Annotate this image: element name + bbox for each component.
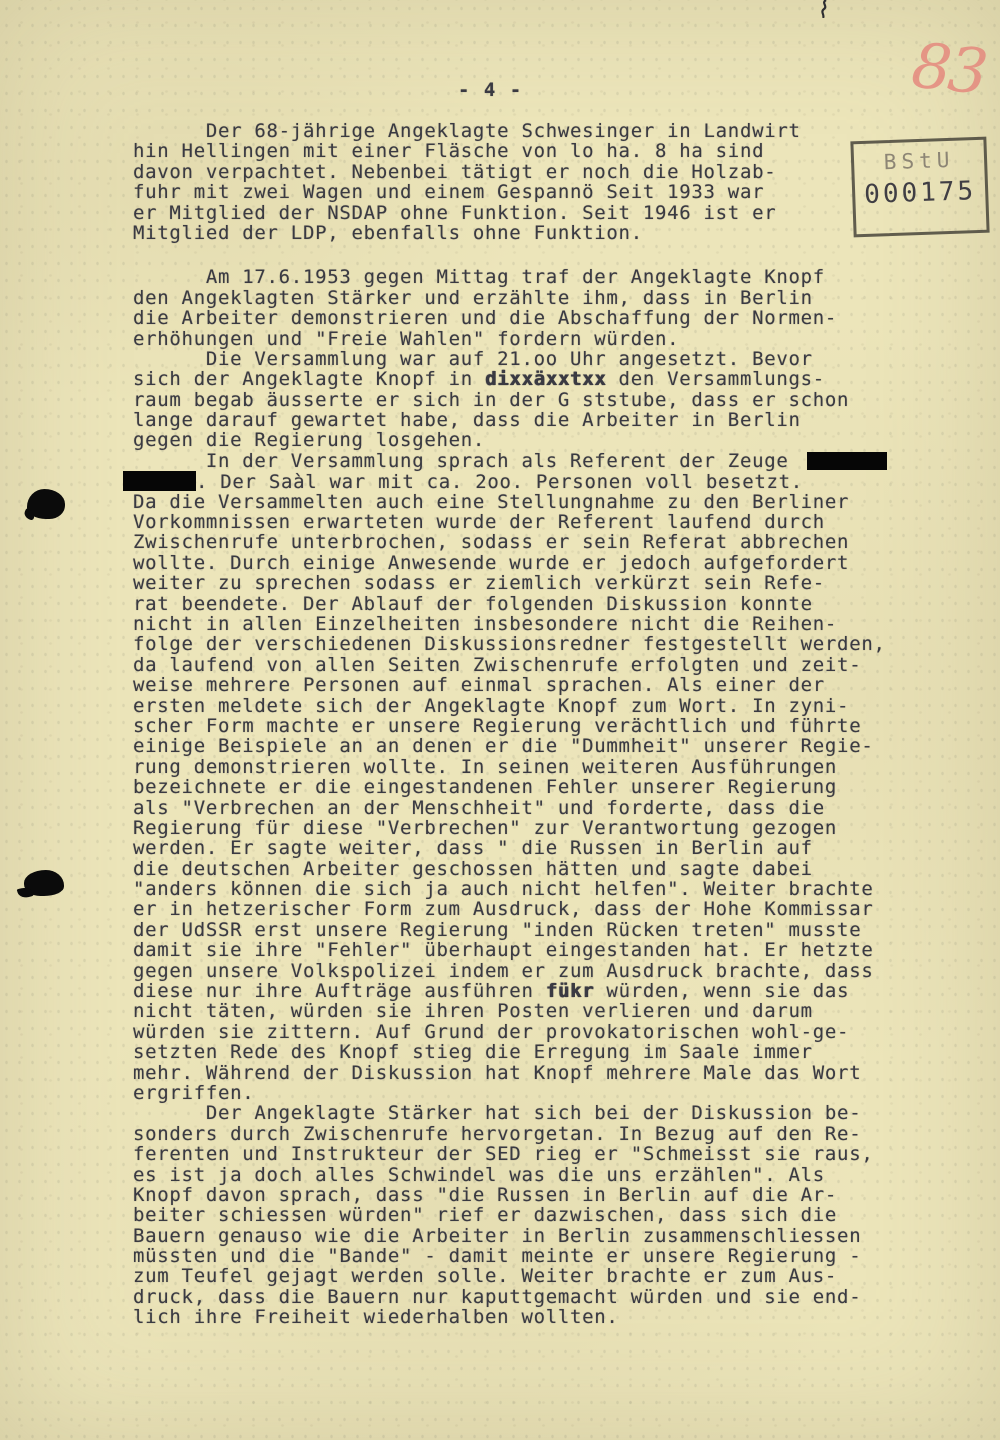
text-line: bezeichnete er die eingestandenen Fehler… [133, 777, 887, 797]
text-segment: In der Versammlung sprach als Referent d… [133, 450, 801, 472]
text-segment: Die Versammlung war auf 21.oo Uhr angese… [133, 348, 813, 370]
text-segment: würden, wenn sie das [594, 980, 849, 1002]
text-line: lich ihre Freiheit wiederhalben wollten. [133, 1307, 887, 1327]
text-segment: werden. Er sagte weiter, dass " die Russ… [133, 837, 813, 859]
text-segment: den Versammlungs- [606, 368, 825, 390]
text-line: setzten Rede des Knopf stieg die Erregun… [133, 1042, 887, 1062]
text-line: beiter schiessen würden" rief er dazwisc… [133, 1205, 887, 1225]
text-segment: da laufend von allen Seiten Zwischenrufe… [133, 654, 861, 676]
overstrike-text: fükr [546, 980, 595, 1002]
paragraph: Am 17.6.1953 gegen Mittag traf der Angek… [133, 267, 887, 349]
text-line: einige Beispiele an an denen er die "Dum… [133, 736, 887, 756]
text-line: Bauern genauso wie die Arbeiter in Berli… [133, 1226, 887, 1246]
text-line: weiter zu sprechen sodass er ziemlich ve… [133, 573, 887, 593]
text-segment: beiter schiessen würden" rief er dazwisc… [133, 1204, 837, 1226]
text-line: scher Form machte er unsere Regierung ve… [133, 716, 887, 736]
text-segment: mehr. Während der Diskussion hat Knopf m… [133, 1062, 861, 1084]
ink-blot-bottom [24, 870, 64, 896]
text-line: gegen unsere Volkspolizei indem er zum A… [133, 961, 887, 981]
text-line: ferenten und Instrukteur der SED rieg er… [133, 1144, 887, 1164]
text-segment: Am 17.6.1953 gegen Mittag traf der Angek… [133, 266, 825, 288]
text-segment: als "Verbrechen an der Menschheit" und f… [133, 797, 825, 819]
text-segment: rat beendete. Der Ablauf der folgenden D… [133, 593, 813, 615]
text-line: erhöhungen und "Freie Wahlen" fordern wü… [133, 329, 887, 349]
text-segment: bezeichnete er die eingestandenen Fehler… [133, 776, 837, 798]
text-segment: Knopf davon sprach, dass "die Russen in … [133, 1184, 837, 1206]
text-line: würden sie zittern. Auf Grund der provok… [133, 1022, 887, 1042]
text-segment: lange darauf gewartet habe, dass die Arb… [133, 409, 801, 431]
text-segment: erhöhungen und "Freie Wahlen" fordern wü… [133, 328, 679, 350]
text-line: fuhr mit zwei Wagen und einem Gespannö S… [133, 182, 887, 202]
overstrike-text: dixxäxxtxx [485, 368, 606, 390]
text-line: mehr. Während der Diskussion hat Knopf m… [133, 1063, 887, 1083]
text-line: müssten und die "Bande" - damit meinte e… [133, 1246, 887, 1266]
text-line: "anders können die sich ja auch nicht he… [133, 879, 887, 899]
text-segment: die Arbeiter demonstrieren und die Absch… [133, 307, 837, 329]
text-line: er in hetzerischer Form zum Ausdruck, da… [133, 899, 887, 919]
text-line: als "Verbrechen an der Menschheit" und f… [133, 798, 887, 818]
text-line: Der Angeklagte Stärker hat sich bei der … [133, 1103, 887, 1123]
paragraph: Der 68-jährige Angeklagte Schwesinger in… [133, 121, 887, 243]
text-line: lange darauf gewartet habe, dass die Arb… [133, 410, 887, 430]
text-segment: wollte. Durch einige Anwesende wurde er … [133, 552, 849, 574]
text-line: damit sie ihre "Fehler" überhaupt einges… [133, 940, 887, 960]
page-number: - 4 - [458, 79, 523, 101]
text-segment: ersten meldete sich der Angeklagte Knopf… [133, 695, 849, 717]
corner-mark [818, 0, 832, 18]
text-segment: sich der Angeklagte Knopf in [133, 368, 485, 390]
text-segment: Der 68-jährige Angeklagte Schwesinger in… [133, 120, 801, 142]
text-line: davon verpachtet. Nebenbei tätigt er noc… [133, 162, 887, 182]
text-segment: hin Hellingen mit einer Fläsche von lo h… [133, 140, 764, 162]
text-segment: setzten Rede des Knopf stieg die Erregun… [133, 1041, 813, 1063]
text-segment: es ist ja doch alles Schwindel was die u… [133, 1164, 825, 1186]
text-segment: der UdSSR erst unsere Regierung "inden R… [133, 919, 861, 941]
text-segment: scher Form machte er unsere Regierung ve… [133, 715, 861, 737]
text-segment: müssten und die "Bande" - damit meinte e… [133, 1245, 861, 1267]
text-segment: davon verpachtet. Nebenbei tätigt er noc… [133, 161, 776, 183]
text-line: da laufend von allen Seiten Zwischenrufe… [133, 655, 887, 675]
text-line: Der 68-jährige Angeklagte Schwesinger in… [133, 121, 887, 141]
text-segment: rung demonstrieren wollte. In seinen wei… [133, 756, 837, 778]
text-segment: diese nur ihre Aufträge ausführen [133, 980, 546, 1002]
text-line: Knopf davon sprach, dass "die Russen in … [133, 1185, 887, 1205]
text-segment: ergriffen. [133, 1082, 254, 1104]
text-segment: weiter zu sprechen sodass er ziemlich ve… [133, 572, 825, 594]
text-line: wollte. Durch einige Anwesende wurde er … [133, 553, 887, 573]
redaction-bar [123, 471, 196, 491]
text-line: Am 17.6.1953 gegen Mittag traf der Angek… [133, 267, 887, 287]
text-line: Mitglied der LDP, ebenfalls ohne Funktio… [133, 223, 887, 243]
text-segment: nicht täten, würden sie ihren Posten ver… [133, 1000, 813, 1022]
document-body: Der 68-jährige Angeklagte Schwesinger in… [133, 121, 887, 1328]
text-line: weise mehrere Personen auf einmal sprach… [133, 675, 887, 695]
text-line: raum begab äusserte er sich in der G sts… [133, 390, 887, 410]
text-segment: raum begab äusserte er sich in der G sts… [133, 389, 849, 411]
text-line: die deutschen Arbeiter geschossen hätten… [133, 859, 887, 879]
text-line: es ist ja doch alles Schwindel was die u… [133, 1165, 887, 1185]
text-line: ergriffen. [133, 1083, 887, 1103]
text-line: In der Versammlung sprach als Referent d… [133, 451, 887, 471]
text-segment: damit sie ihre "Fehler" überhaupt einges… [133, 939, 873, 961]
paragraph: Der Angeklagte Stärker hat sich bei der … [133, 1103, 887, 1327]
paragraph: In der Versammlung sprach als Referent d… [133, 451, 887, 1104]
text-line: nicht in allen Einzelheiten insbesondere… [133, 614, 887, 634]
text-line: Zwischenrufe unterbrochen, sodass er sei… [133, 532, 887, 552]
text-segment: sonders durch Zwischenrufe hervorgetan. … [133, 1123, 861, 1145]
text-line: gegen die Regierung losgehen. [133, 430, 887, 450]
text-segment: Mitglied der LDP, ebenfalls ohne Funktio… [133, 222, 643, 244]
text-segment: druck, dass die Bauern nur kaputtgemacht… [133, 1286, 861, 1308]
text-line: der UdSSR erst unsere Regierung "inden R… [133, 920, 887, 940]
text-segment: folge der verschiedenen Diskussionsredne… [133, 633, 886, 655]
paragraph: Die Versammlung war auf 21.oo Uhr angese… [133, 349, 887, 451]
text-segment: gegen die Regierung losgehen. [133, 429, 485, 451]
text-line: Da die Versammelten auch eine Stellungna… [133, 492, 887, 512]
text-segment: er Mitglied der NSDAP ohne Funktion. Sei… [133, 202, 776, 224]
text-line: folge der verschiedenen Diskussionsredne… [133, 634, 887, 654]
text-line: hin Hellingen mit einer Fläsche von lo h… [133, 141, 887, 161]
text-line: Die Versammlung war auf 21.oo Uhr angese… [133, 349, 887, 369]
text-line: den Angeklagten Stärker und erzählte ihm… [133, 288, 887, 308]
text-line: druck, dass die Bauern nur kaputtgemacht… [133, 1287, 887, 1307]
text-segment: weise mehrere Personen auf einmal sprach… [133, 674, 825, 696]
text-segment: einige Beispiele an an denen er die "Dum… [133, 735, 873, 757]
text-line: sonders durch Zwischenrufe hervorgetan. … [133, 1124, 887, 1144]
text-segment: zum Teufel gejagt werden solle. Weiter b… [133, 1265, 837, 1287]
text-segment: würden sie zittern. Auf Grund der provok… [133, 1021, 849, 1043]
text-segment: Regierung für diese "Verbrechen" zur Ver… [133, 817, 837, 839]
text-segment: den Angeklagten Stärker und erzählte ihm… [133, 287, 813, 309]
text-segment: lich ihre Freiheit wiederhalben wollten. [133, 1306, 619, 1328]
text-segment: fuhr mit zwei Wagen und einem Gespannö S… [133, 181, 764, 203]
ink-blot-top [27, 489, 65, 519]
text-segment: Der Angeklagte Stärker hat sich bei der … [133, 1102, 861, 1124]
text-segment: nicht in allen Einzelheiten insbesondere… [133, 613, 837, 635]
text-segment: die deutschen Arbeiter geschossen hätten… [133, 858, 813, 880]
text-line: die Arbeiter demonstrieren und die Absch… [133, 308, 887, 328]
text-line: sich der Angeklagte Knopf in dixxäxxtxx … [133, 369, 887, 389]
handwritten-folio-number: 83 [908, 28, 988, 108]
text-segment: "anders können die sich ja auch nicht he… [133, 878, 873, 900]
text-segment: ferenten und Instrukteur der SED rieg er… [133, 1143, 873, 1165]
text-segment: Zwischenrufe unterbrochen, sodass er sei… [133, 531, 849, 553]
text-line: zum Teufel gejagt werden solle. Weiter b… [133, 1266, 887, 1286]
text-line: nicht täten, würden sie ihren Posten ver… [133, 1001, 887, 1021]
text-segment: er in hetzerischer Form zum Ausdruck, da… [133, 898, 873, 920]
text-line: rat beendete. Der Ablauf der folgenden D… [133, 594, 887, 614]
text-segment: gegen unsere Volkspolizei indem er zum A… [133, 960, 873, 982]
text-line: Regierung für diese "Verbrechen" zur Ver… [133, 818, 887, 838]
text-line: Vorkommnissen erwarteten wurde der Refer… [133, 512, 887, 532]
text-line: diese nur ihre Aufträge ausführen fükr w… [133, 981, 887, 1001]
redaction-bar [807, 452, 887, 470]
text-line: er Mitglied der NSDAP ohne Funktion. Sei… [133, 203, 887, 223]
text-line: ersten meldete sich der Angeklagte Knopf… [133, 696, 887, 716]
text-segment: Bauern genauso wie die Arbeiter in Berli… [133, 1225, 861, 1247]
text-line: werden. Er sagte weiter, dass " die Russ… [133, 838, 887, 858]
text-segment: Da die Versammelten auch eine Stellungna… [133, 491, 849, 513]
text-segment: Vorkommnissen erwarteten wurde der Refer… [133, 511, 825, 533]
text-line: rung demonstrieren wollte. In seinen wei… [133, 757, 887, 777]
text-line: . Der Saàl war mit ca. 2oo. Personen vol… [133, 471, 887, 491]
